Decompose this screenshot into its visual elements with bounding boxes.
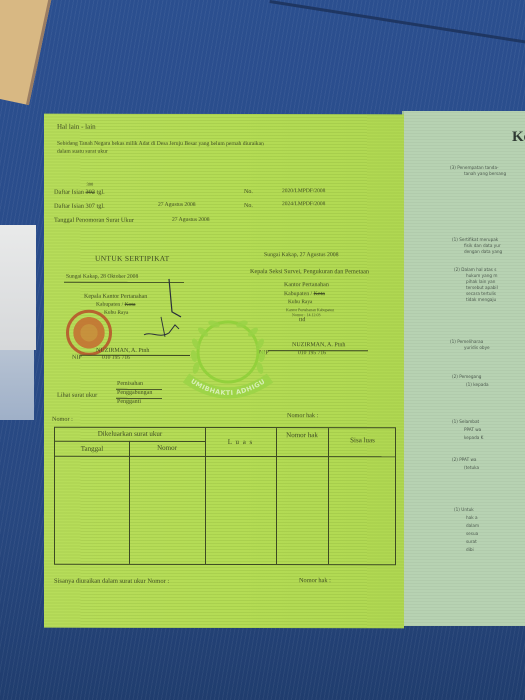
right-page-text-line: (1) Selambat xyxy=(452,419,479,424)
right-office-line-1: Kantor Pertanahan xyxy=(284,282,329,288)
right-page-text-line: tidak mengaju xyxy=(466,297,496,302)
th-tanggal: Tanggal xyxy=(55,445,129,453)
section-title: UNTUK SERTIPIKAT xyxy=(95,254,170,263)
th-sisa-luas: Sisa luas xyxy=(328,436,397,444)
right-page-text-line: tersebut apabil xyxy=(466,285,498,290)
right-page-text-line: dibi xyxy=(466,547,474,552)
th-nomor: Nomor xyxy=(129,444,205,452)
certificate-page: Hal lain - lain Sebidang Tanah Negara be… xyxy=(44,114,404,629)
white-object xyxy=(0,225,36,350)
right-page-text-line: secara tertulis xyxy=(466,291,496,296)
right-page-text-line: tanah yang bersang xyxy=(464,171,506,176)
left-signer-name: NUZIRMAN, A. Ptnh xyxy=(96,348,149,354)
right-signer-name: NUZIRMAN, A. Ptnh xyxy=(292,342,345,348)
numbering-label: Tanggal Penomoran Surat Ukur xyxy=(54,217,134,224)
registry-row-2: Daftar Isian 307 tgl. xyxy=(54,203,105,210)
right-page-text-line: (3) Penempatan tanda- xyxy=(450,165,499,170)
right-page-text-line: dengan data yang xyxy=(464,249,502,254)
bpn-emblem-watermark: BHUMIBHAKTI ADHIGUNA xyxy=(176,304,280,408)
right-page-text-line: hak a xyxy=(466,515,478,520)
right-office-line-3: Kubu Raya xyxy=(288,299,312,305)
table-subheader-line xyxy=(55,441,205,442)
right-place-date: Sungai Kakap, 27 Agustus 2008 xyxy=(264,252,339,258)
registry-row-1: Daftar Isian 300 302 tgl. xyxy=(54,189,105,196)
table-header-line xyxy=(55,456,395,458)
right-page-text-line: (2) Pemegang xyxy=(452,374,481,379)
registry-no-label-2: No. xyxy=(244,203,253,209)
registry-no-label-1: No. xyxy=(244,189,253,195)
right-stamp-line-2: Nomor : 14.12.03 xyxy=(292,312,320,317)
right-page-text-line: hukum yang m xyxy=(466,273,497,278)
registry-no-value-1: 2020/LMPDF/2008 xyxy=(282,188,325,194)
see-label: Lihat surat ukur xyxy=(57,392,97,399)
right-page-text-line: (1) Untuk xyxy=(454,507,474,512)
table-col-divider-1 xyxy=(129,441,130,564)
right-page-text-line: dalam xyxy=(466,523,479,528)
right-office-line-2: Kabupaten / Kota xyxy=(284,291,325,297)
signature-line xyxy=(80,355,190,356)
right-page-text-line: sesua xyxy=(466,531,478,536)
footer-hak-label: Nomor hak : xyxy=(299,577,331,584)
nomor-label: Nomor : xyxy=(52,416,73,423)
option-pengganti: Pengganti xyxy=(117,399,141,405)
option-penggabungan: Penggabungan xyxy=(117,390,152,396)
option-pemisahan: Pemisahan xyxy=(117,381,143,387)
registry-no-value-2: 2024/LMPDF/2008 xyxy=(282,201,325,207)
surface-crease xyxy=(270,0,525,50)
right-page-text-line: surat xyxy=(466,539,477,544)
th-luas: L u a s xyxy=(205,438,276,446)
nomor-hak-label: Nomor hak : xyxy=(287,412,318,419)
right-page-text-line: (tetuka xyxy=(464,465,479,470)
header-label: Hal lain - lain xyxy=(57,123,96,131)
numbering-date: 27 Agustus 2008 xyxy=(172,217,210,223)
description-line-2: dalam suatu surat ukur xyxy=(57,149,108,155)
registry-date-2: 27 Agustus 2008 xyxy=(158,202,196,208)
right-page-text-line: yuridis obye xyxy=(464,345,490,350)
right-page-text-line: (1) kepada xyxy=(466,382,489,387)
right-page-text-line: fisik dan data yur xyxy=(464,243,501,248)
footer-label: Sisanya diuraikan dalam surat ukur Nomor… xyxy=(54,578,169,585)
blue-object xyxy=(0,350,34,420)
right-page-text-line: (1) Pemeliharaa xyxy=(450,339,483,344)
ttd-mark: ttd xyxy=(299,317,305,323)
right-page-text-line: (2) Dalam hal atas s xyxy=(454,267,496,272)
right-page-text-line: pihak lain yan xyxy=(466,279,495,284)
right-page-text-line: kepada K xyxy=(464,435,483,440)
wooden-edge xyxy=(0,0,52,105)
surat-ukur-table: Dikeluarkan surat ukur Tanggal Nomor L u… xyxy=(54,427,396,566)
right-page-text-line: PPAT wa xyxy=(464,427,481,432)
description-line-1: Sebidang Tanah Negara bekas milik Adat d… xyxy=(57,141,264,147)
signature-mark xyxy=(99,277,184,352)
table-col-divider-3 xyxy=(276,428,277,564)
th-dikeluarkan: Dikeluarkan surat ukur xyxy=(55,430,205,438)
left-nip-label: NIP xyxy=(72,355,82,361)
left-nip-value: 010 195 716 xyxy=(102,355,130,361)
right-page-title: Ke xyxy=(512,129,525,146)
right-page-text-line: (1) Sertifikat merupak xyxy=(452,237,498,242)
right-page-text-line: (2) PPAT wa xyxy=(452,457,476,462)
th-nomor-hak: Nomor hak xyxy=(276,431,328,439)
right-position: Kepala Seksi Survei, Pengukuran dan Peme… xyxy=(250,268,369,275)
table-col-divider-2 xyxy=(205,428,206,564)
table-col-divider-4 xyxy=(328,428,329,564)
right-page: Ke (3) Penempatan tanda-tanah yang bersa… xyxy=(402,111,525,626)
right-nip-value: 010 195 716 xyxy=(298,350,326,356)
